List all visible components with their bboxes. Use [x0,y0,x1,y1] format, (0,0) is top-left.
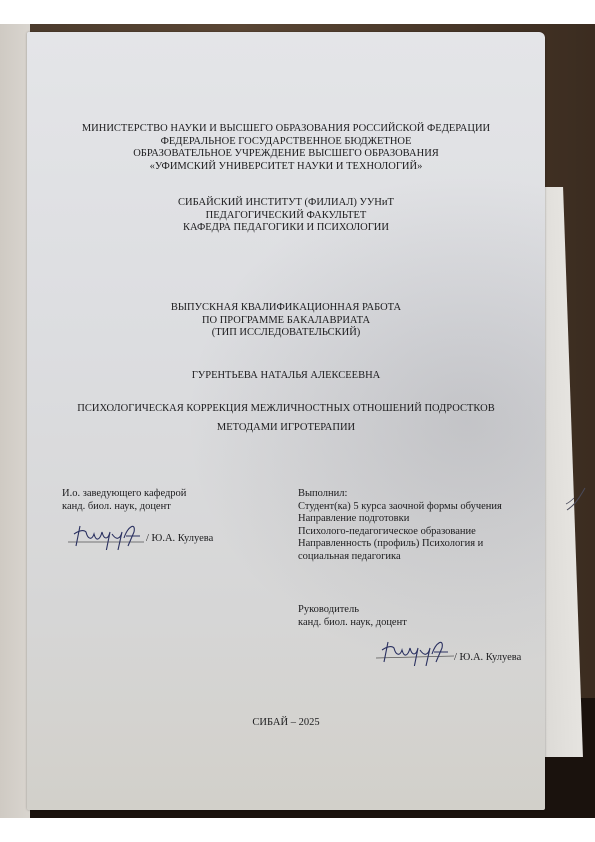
student-line: Студент(ка) 5 курса заочной формы обучен… [298,501,538,514]
position-line: И.о. заведующего кафедрой [62,488,282,501]
work-type-line: ВЫПУСКНАЯ КВАЛИФИКАЦИОННАЯ РАБОТА [27,302,545,315]
header-line: ФЕДЕРАЛЬНОЕ ГОСУДАРСТВЕННОЕ БЮДЖЕТНОЕ [27,136,545,149]
work-type-line: ПО ПРОГРАММЕ БАКАЛАВРИАТА [27,315,545,328]
performed-by-block: Выполнил: Студент(ка) 5 курса заочной фо… [298,488,538,563]
profile-line: Направленность (профиль) Психология и [298,538,538,551]
institute-block: СИБАЙСКИЙ ИНСТИТУТ (ФИЛИАЛ) УУНиТ ПЕДАГО… [27,197,545,235]
supervisor-degree: канд. биол. наук, доцент [298,617,538,630]
thesis-title: ПСИХОЛОГИЧЕСКАЯ КОРРЕКЦИЯ МЕЖЛИЧНОСТНЫХ … [27,399,545,437]
signature-icon [66,518,151,550]
direction-label: Направление подготовки [298,513,538,526]
degree-line: канд. биол. наук, доцент [62,501,282,514]
signature-name: / Ю.А. Кулуева [146,533,213,546]
direction-value: Психолого-педагогическое образование [298,526,538,539]
header-line: «УФИМСКИЙ УНИВЕРСИТЕТ НАУКИ И ТЕХНОЛОГИЙ… [27,161,545,174]
document-photo: МИНИСТЕРСТВО НАУКИ И ВЫСШЕГО ОБРАЗОВАНИЯ… [0,24,595,818]
pen-mark-icon [565,484,590,514]
work-type-block: ВЫПУСКНАЯ КВАЛИФИКАЦИОННАЯ РАБОТА ПО ПРО… [27,302,545,340]
supervisor-label: Руководитель [298,604,538,617]
supervisor-block: Руководитель канд. биол. наук, доцент / … [298,604,538,629]
city-year: СИБАЙ – 2025 [27,717,545,730]
head-of-department-block: И.о. заведующего кафедрой канд. биол. на… [62,488,282,513]
title-line: ПСИХОЛОГИЧЕСКАЯ КОРРЕКЦИЯ МЕЖЛИЧНОСТНЫХ … [27,399,545,418]
profile-line-cont: социальная педагогика [298,551,538,564]
performed-label: Выполнил: [298,488,538,501]
work-type-line: (ТИП ИССЛЕДОВАТЕЛЬСКИЙ) [27,327,545,340]
signature-name: / Ю.А. Кулуева [454,652,521,665]
department-line: КАФЕДРА ПЕДАГОГИКИ И ПСИХОЛОГИИ [27,222,545,235]
title-page: МИНИСТЕРСТВО НАУКИ И ВЫСШЕГО ОБРАЗОВАНИЯ… [27,32,545,810]
header-line: ОБРАЗОВАТЕЛЬНОЕ УЧРЕЖДЕНИЕ ВЫСШЕГО ОБРАЗ… [27,148,545,161]
header-line: МИНИСТЕРСТВО НАУКИ И ВЫСШЕГО ОБРАЗОВАНИЯ… [27,123,545,136]
adjacent-page-left [0,24,30,818]
ministry-header: МИНИСТЕРСТВО НАУКИ И ВЫСШЕГО ОБРАЗОВАНИЯ… [27,123,545,173]
institute-line: СИБАЙСКИЙ ИНСТИТУТ (ФИЛИАЛ) УУНиТ [27,197,545,210]
author-name: ГУРЕНТЬЕВА НАТАЛЬЯ АЛЕКСЕЕВНА [27,370,545,383]
title-line: МЕТОДАМИ ИГРОТЕРАПИИ [27,418,545,437]
signature-icon [374,634,459,666]
faculty-line: ПЕДАГОГИЧЕСКИЙ ФАКУЛЬТЕТ [27,210,545,223]
